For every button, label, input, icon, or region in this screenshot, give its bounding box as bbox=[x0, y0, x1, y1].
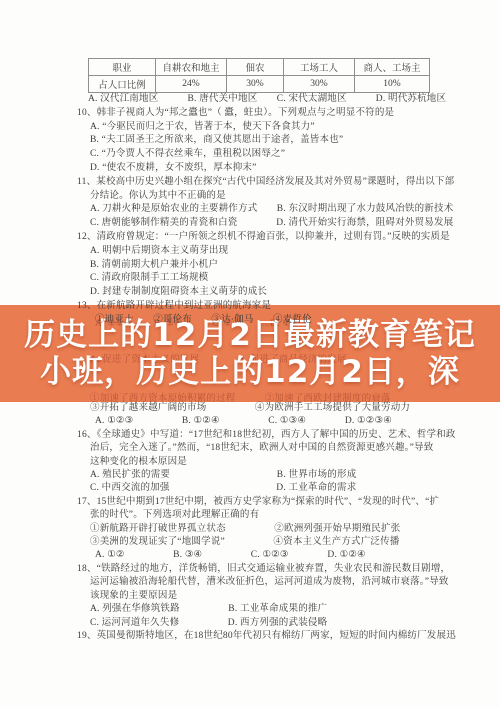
text-line: 10、韩非子视商人为“邦之蠹也”（ 蠹，蛀虫）。下列观点与之明显不符的是 bbox=[0, 107, 500, 121]
text-line: 17、15世纪中期到17世纪中期，被西方史学家称为“探索的时代”、“发现的时代”… bbox=[0, 496, 500, 509]
text-line: 这种变化的根本原因是 bbox=[0, 456, 500, 469]
text-line: D. 封建专制制度阻碍资本主义萌芽的成长 bbox=[0, 286, 500, 300]
text-line: A. “今驱民而归之于农，皆著于本，使天下各食其力” bbox=[0, 121, 500, 135]
text-line: B. 清朝前期大机户兼并小机户 bbox=[0, 259, 500, 273]
text-line: 张的时代”。下列选项对此理解正确的有 bbox=[0, 509, 500, 522]
table-cell: 占人口比例 bbox=[89, 76, 156, 93]
text-line: C. 清政府限制手工工场规模 bbox=[0, 272, 500, 286]
text-line: A. 殖民扩张的需要 B. 世界市场的形成 bbox=[0, 469, 500, 482]
text-line: 该现象的主要原因是 bbox=[0, 590, 500, 603]
table-header-row: 职业 自耕农和地主 佃农 工场工人 商人、工场主 bbox=[89, 59, 430, 76]
text-line: 16、《全球通史》中写道：“17世纪和18世纪初，西方人了解中国的历史、艺术、哲… bbox=[0, 429, 500, 442]
text-line: 运河运输被沿海轮船代替，漕米改征折色，运河河道成为废物，沿河城市衰落。”导致 bbox=[0, 576, 500, 589]
text-line: C. 中西交流的加强 D. 工业革命的需求 bbox=[0, 482, 500, 495]
table-header-cell: 职业 bbox=[89, 59, 156, 76]
table-cell: 30% bbox=[284, 76, 355, 93]
text-line: A. ①② B. ③④ C. ①②③ D. ①②④ bbox=[0, 549, 500, 562]
text-line: 19、英国曼彻斯特地区，在18世纪80年代初只有棉纺厂两家，短短的时间内棉纺厂发… bbox=[0, 630, 500, 643]
text-line: A. 明朝中后期资本主义萌芽出现 bbox=[0, 245, 500, 259]
table-header-cell: 商人、工场主 bbox=[355, 59, 430, 76]
text-line: 11、某校高中历史兴趣小组在探究“古代中国经济发展及其对外贸易”课题时，得出以下… bbox=[0, 176, 500, 190]
text-line: A. 刀耕火种是原始农业的主要耕作方式 B. 东汉时期出现了水力鼓风冶铁的新技术 bbox=[0, 203, 500, 217]
text-line: 治后，完全入迷了。”然而，“18世纪末，欧洲人对中国的自然资源更感兴趣。”导致 bbox=[0, 442, 500, 455]
table-cell: 10% bbox=[355, 76, 430, 93]
question-lines-top: A. 汉代江南地区 B. 唐代关中地区 C. 宋代太湖地区 D. 明代苏杭地区1… bbox=[0, 93, 500, 328]
text-line: A. ①②③ B. ①②④ C. ①③④ D. ①②③④ bbox=[0, 415, 500, 428]
statistics-table: 职业 自耕农和地主 佃农 工场工人 商人、工场主 占人口比例 24% 30% 3… bbox=[88, 58, 430, 93]
text-line: D. “使农不废耕，女不废织，厚本抑末” bbox=[0, 162, 500, 176]
text-line: A. 列强在华修筑铁路 B. 工业革命成果的推广 bbox=[0, 603, 500, 616]
text-line: A. 汉代江南地区 B. 唐代关中地区 C. 宋代太湖地区 D. 明代苏杭地区 bbox=[0, 93, 500, 107]
text-line: 12、清政府曾规定：“一户所领之织机不得逾百张，以抑兼并，过则有罚。”反映的实质… bbox=[0, 231, 500, 245]
text-line: ①新航路开辟打破世界孤立状态 ②欧洲列强开始早期殖民扩张 bbox=[0, 523, 500, 536]
table-data-row: 占人口比例 24% 30% 30% 10% bbox=[89, 76, 430, 93]
text-line: 18、“铁路经过的地方，洋货畅销，旧式交通运输业被弃置，失业农民和游民数目剧增， bbox=[0, 563, 500, 576]
text-line: B. “夫工固圣王之所欲来，商又使其愿出于途者，盖皆本也” bbox=[0, 134, 500, 148]
question-lines-bottom: ③开拓了越来越广阔的市场 ④为欧洲手工工场提供了大量劳动力A. ①②③ B. ①… bbox=[0, 402, 500, 643]
exam-upper-section: 职业 自耕农和地主 佃农 工场工人 商人、工场主 占人口比例 24% 30% 3… bbox=[0, 0, 500, 328]
text-line: C. 唐朝能够制作精美的青瓷和白瓷 D. 清代开始实行海禁，阻碍对外贸易发展 bbox=[0, 217, 500, 231]
text-line: C. 运河河道年久失修 D. 西方列强的武装侵略 bbox=[0, 617, 500, 630]
text-line: ①迪亚士 ②哥伦布 ③达·伽马 ④麦哲伦 bbox=[0, 314, 500, 328]
table-header-cell: 佃农 bbox=[227, 59, 284, 76]
text-line: C. “乃令贾人不得衣丝乘车，重租税以困辱之” bbox=[0, 148, 500, 162]
exam-lower-section: ③开拓了越来越广阔的市场 ④为欧洲手工工场提供了大量劳动力A. ①②③ B. ①… bbox=[0, 402, 500, 643]
text-line: 13、在新航路开辟过程中到过亚洲的航海家是 bbox=[0, 300, 500, 314]
table-header-cell: 工场工人 bbox=[284, 59, 355, 76]
text-line: 分结论。你认为其中不正确的是 bbox=[0, 190, 500, 204]
overlay-title-line2: 小班，历史上的12月2日，深 bbox=[0, 354, 500, 391]
table-header-cell: 自耕农和地主 bbox=[156, 59, 227, 76]
table-cell: 30% bbox=[227, 76, 284, 93]
text-line: ③美洲的发现证实了“地圆学说” ④资本主义生产方式广泛传播 bbox=[0, 536, 500, 549]
text-line: ③开拓了越来越广阔的市场 ④为欧洲手工工场提供了大量劳动力 bbox=[0, 402, 500, 415]
table-cell: 24% bbox=[156, 76, 227, 93]
exam-document-page: 职业 自耕农和地主 佃农 工场工人 商人、工场主 占人口比例 24% 30% 3… bbox=[0, 0, 500, 707]
